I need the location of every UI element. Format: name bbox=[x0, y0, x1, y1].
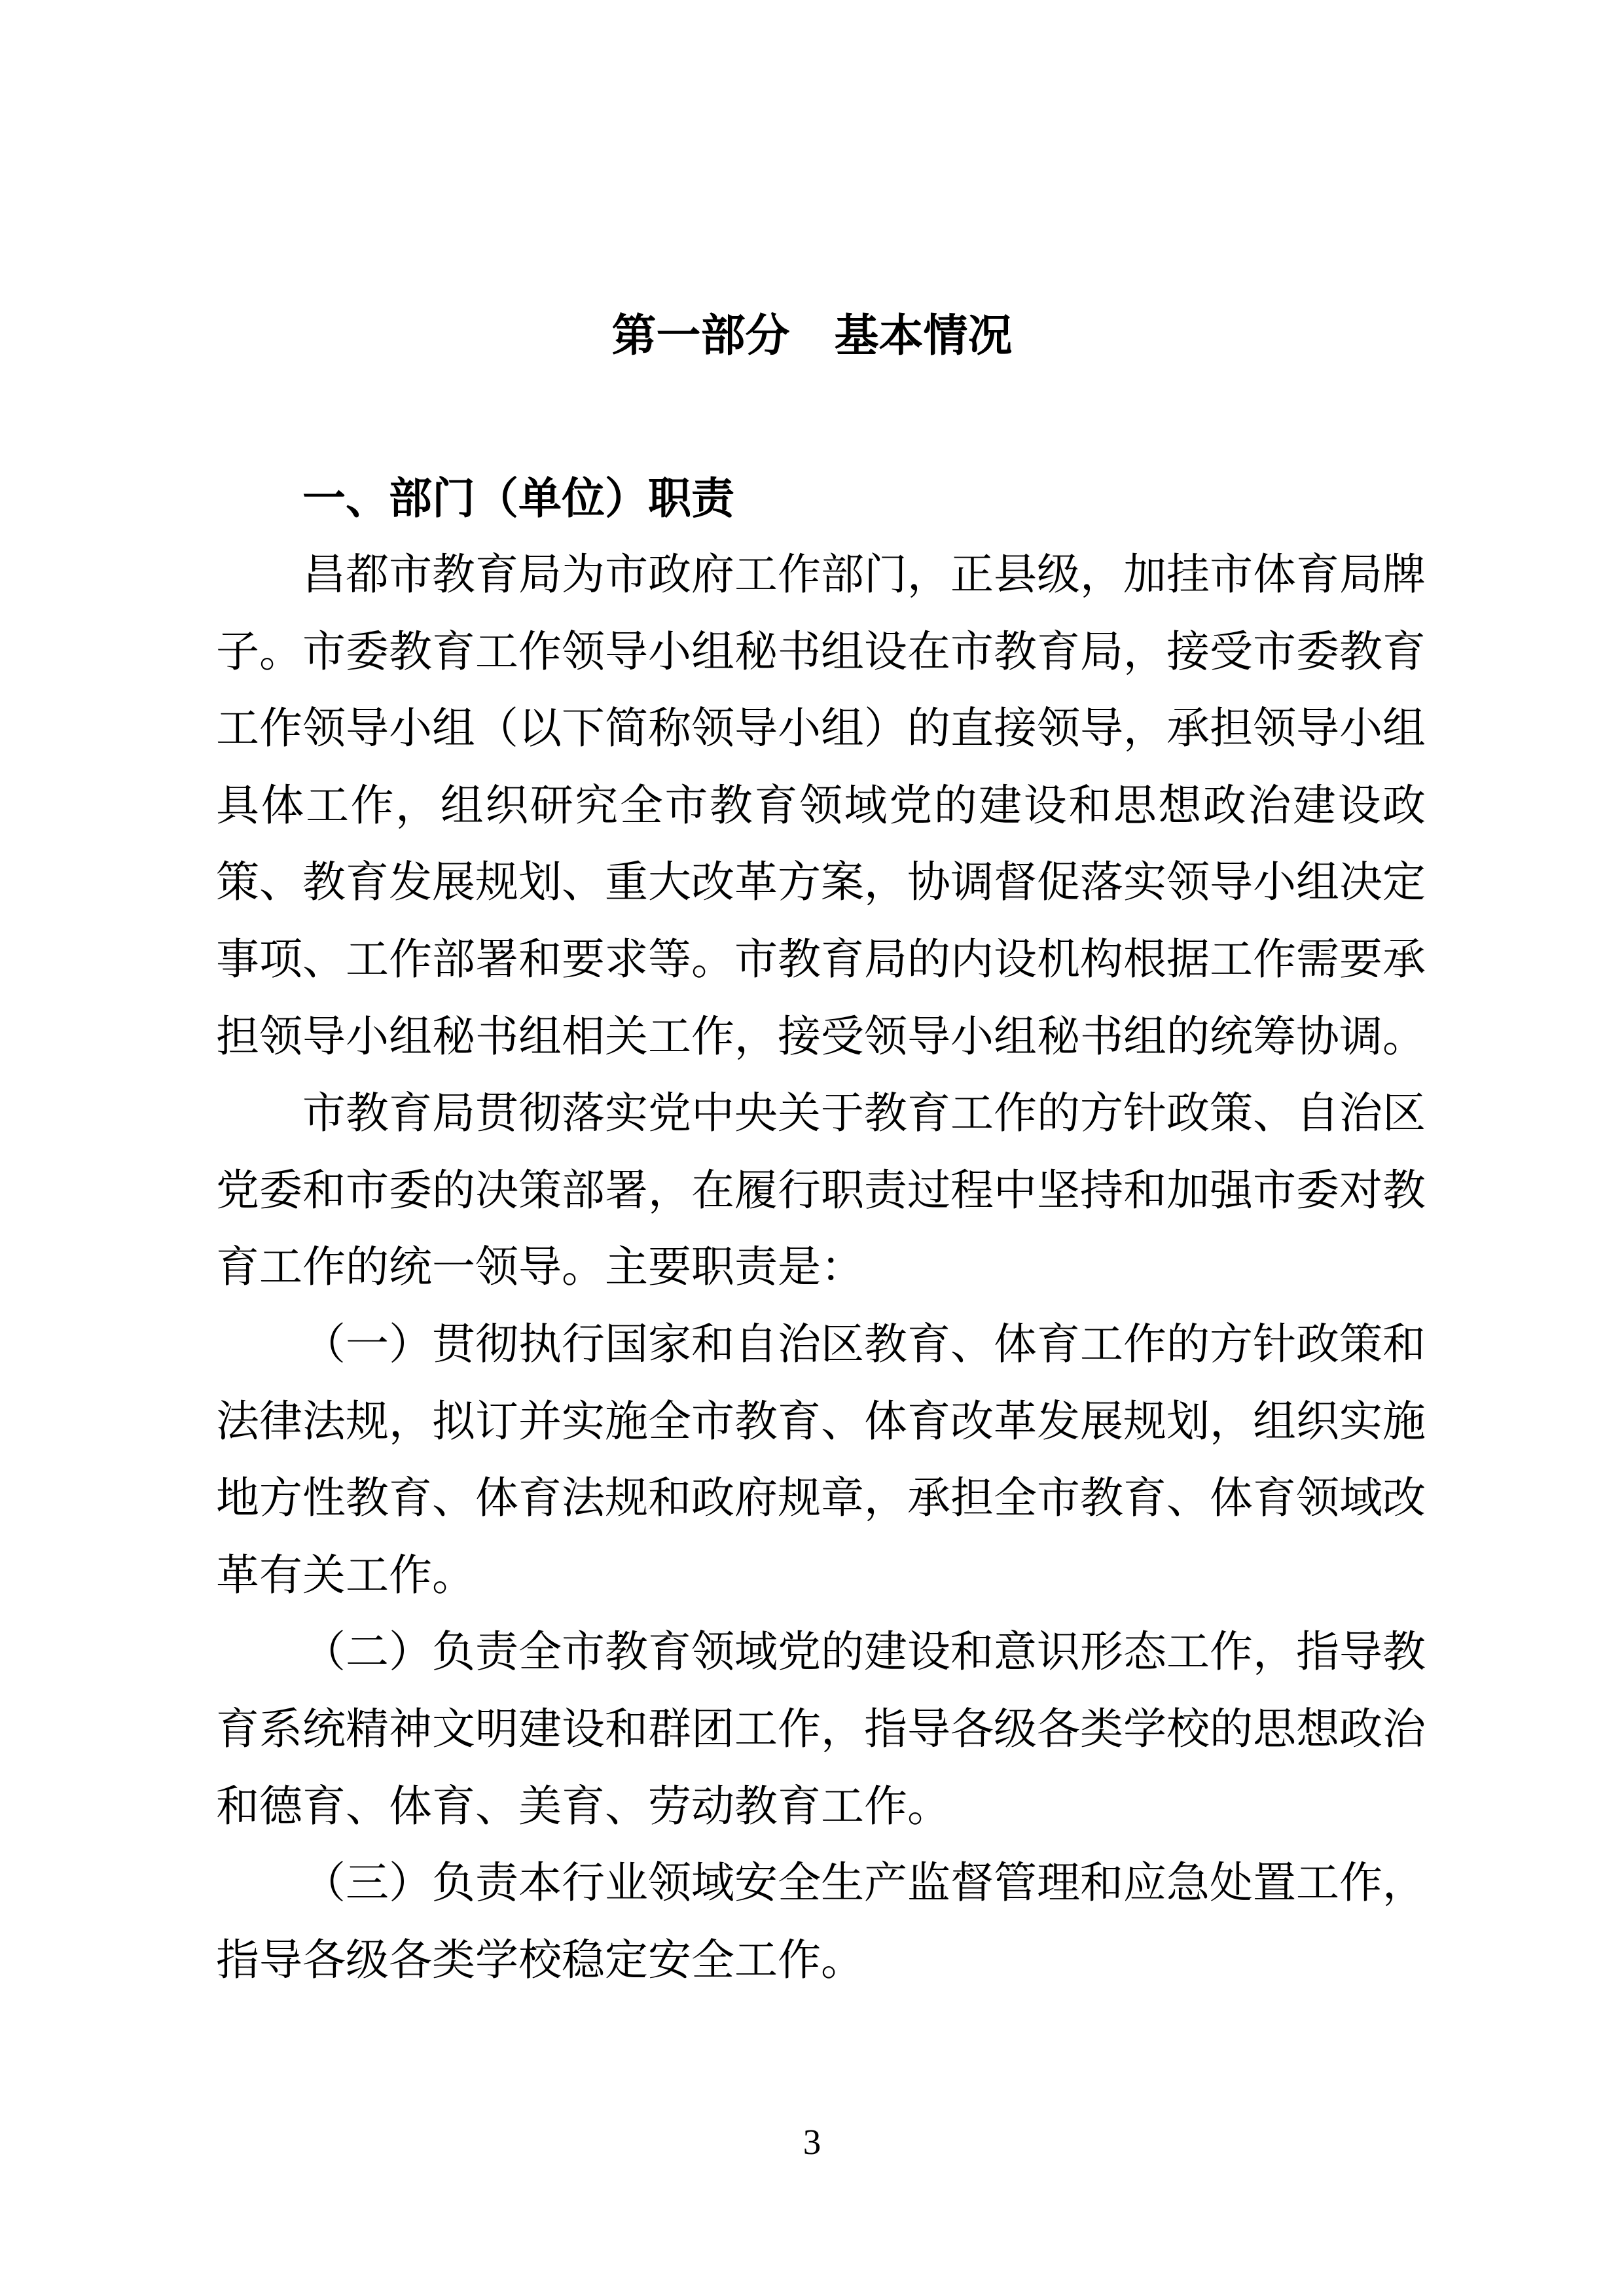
part-title: 第一部分 基本情况 bbox=[0, 298, 1624, 374]
body-line: 育工作的统一领导。主要职责是： bbox=[216, 1229, 1426, 1306]
document-body: 一、部门（单位）职责 昌都市教育局为市政府工作部门，正县级，加挂市体育局牌子。市… bbox=[216, 460, 1426, 1999]
body-line: 和德育、体育、美育、劳动教育工作。 bbox=[216, 1768, 1426, 1846]
body-line: 工作领导小组（以下简称领导小组）的直接领导，承担领导小组 bbox=[216, 691, 1426, 768]
body-line: （一）贯彻执行国家和自治区教育、体育工作的方针政策和 bbox=[216, 1306, 1426, 1384]
body-line: 策、教育发展规划、重大改革方案，协调督促落实领导小组决定 bbox=[216, 844, 1426, 922]
page-number: 3 bbox=[0, 2121, 1624, 2164]
body-line: 革有关工作。 bbox=[216, 1537, 1426, 1615]
body-line: 具体工作，组织研究全市教育领域党的建设和思想政治建设政 bbox=[216, 768, 1426, 845]
body-line: 市教育局贯彻落实党中央关于教育工作的方针政策、自治区 bbox=[216, 1075, 1426, 1153]
body-line: 法律法规，拟订并实施全市教育、体育改革发展规划，组织实施 bbox=[216, 1384, 1426, 1461]
section-heading: 一、部门（单位）职责 bbox=[216, 460, 1426, 537]
body-line: （二）负责全市教育领域党的建设和意识形态工作，指导教 bbox=[216, 1614, 1426, 1691]
body-line: 指导各级各类学校稳定安全工作。 bbox=[216, 1922, 1426, 2000]
body-line: （三）负责本行业领域安全生产监督管理和应急处置工作， bbox=[216, 1845, 1426, 1922]
body-line: 事项、工作部署和要求等。市教育局的内设机构根据工作需要承 bbox=[216, 922, 1426, 999]
body-line: 昌都市教育局为市政府工作部门，正县级，加挂市体育局牌 bbox=[216, 537, 1426, 614]
body-line: 党委和市委的决策部署，在履行职责过程中坚持和加强市委对教 bbox=[216, 1153, 1426, 1230]
body-line: 地方性教育、体育法规和政府规章，承担全市教育、体育领域改 bbox=[216, 1460, 1426, 1537]
body-line: 育系统精神文明建设和群团工作，指导各级各类学校的思想政治 bbox=[216, 1691, 1426, 1768]
body-line: 担领导小组秘书组相关工作，接受领导小组秘书组的统筹协调。 bbox=[216, 999, 1426, 1076]
paragraphs-container: 昌都市教育局为市政府工作部门，正县级，加挂市体育局牌子。市委教育工作领导小组秘书… bbox=[216, 537, 1426, 1999]
body-line: 子。市委教育工作领导小组秘书组设在市教育局，接受市委教育 bbox=[216, 614, 1426, 691]
document-page: 第一部分 基本情况 一、部门（单位）职责 昌都市教育局为市政府工作部门，正县级，… bbox=[0, 0, 1624, 2296]
